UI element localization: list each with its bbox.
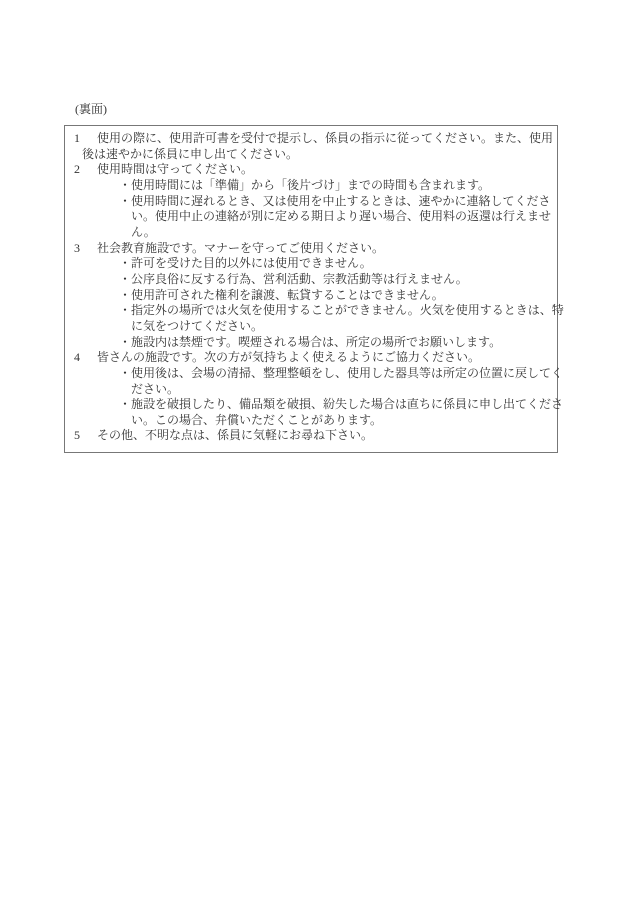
rule-text: 社会教育施設です。マナーを守ってご使用ください。 — [97, 241, 384, 255]
rule-number: 3 — [74, 241, 97, 257]
bullet-text: 公序良俗に反する行為、営利活動、宗教活動等は行えません。 — [131, 272, 468, 286]
bullet-continuation: に気をつけてください。 — [74, 319, 553, 335]
bullet-line: ・公序良俗に反する行為、営利活動、宗教活動等は行えません。 — [74, 272, 553, 288]
bullet-icon: ・ — [119, 303, 131, 317]
rule-text: その他、不明な点は、係員に気軽にお尋ね下さい。 — [97, 428, 373, 442]
bullet-line: ・使用許可された権利を譲渡、転貸することはできません。 — [74, 288, 553, 304]
bullet-line: ・許可を受けた目的以外には使用できません。 — [74, 256, 553, 272]
bullet-line: ・施設内は禁煙です。喫煙される場合は、所定の場所でお願いします。 — [74, 335, 553, 351]
bullet-line: ・使用時間に遅れるとき、又は使用を中止するときは、速やかに連絡してくださ — [74, 194, 553, 210]
rule-number: 4 — [74, 350, 97, 366]
bullet-line: ・施設を破損したり、備品類を破損、紛失した場合は直ちに係員に申し出てくださ — [74, 397, 553, 413]
rule-item-line: 2使用時間は守ってください。 — [74, 162, 553, 178]
rule-number: 2 — [74, 162, 97, 178]
bullet-icon: ・ — [119, 194, 131, 208]
bullet-text: 使用時間に遅れるとき、又は使用を中止するときは、速やかに連絡してくださ — [131, 194, 551, 208]
bullet-text: 使用時間には「準備」から「後片づけ」までの時間も含まれます。 — [131, 178, 490, 192]
bullet-text: 指定外の場所では火気を使用することができません。火気を使用するときは、特 — [131, 303, 564, 317]
bullet-icon: ・ — [119, 178, 131, 192]
rules-box: 1使用の際に、使用許可書を受付で提示し、係員の指示に従ってください。また、使用後… — [64, 125, 558, 453]
rule-item-line: 4皆さんの施設です。次の方が気持ちよく使えるようにご協力ください。 — [74, 350, 553, 366]
bullet-icon: ・ — [119, 272, 131, 286]
bullet-icon: ・ — [119, 256, 131, 270]
bullet-text: 使用後は、会場の清掃、整理整頓をし、使用した器具等は所定の位置に戻してく — [131, 366, 563, 380]
bullet-icon: ・ — [119, 397, 131, 411]
bullet-icon: ・ — [119, 288, 131, 302]
bullet-icon: ・ — [119, 366, 131, 380]
bullet-text: 施設内は禁煙です。喫煙される場合は、所定の場所でお願いします。 — [131, 335, 501, 349]
bullet-text: 許可を受けた目的以外には使用できません。 — [131, 256, 372, 270]
rule-item-line: 5その他、不明な点は、係員に気軽にお尋ね下さい。 — [74, 428, 553, 444]
bullet-line: ・使用時間には「準備」から「後片づけ」までの時間も含まれます。 — [74, 178, 553, 194]
rule-number: 1 — [74, 131, 97, 147]
bullet-icon: ・ — [119, 335, 131, 349]
rule-item-line: 3社会教育施設です。マナーを守ってご使用ください。 — [74, 241, 553, 257]
bullet-continuation: ん。 — [74, 225, 553, 241]
rule-item-continuation: 後は速やかに係員に申し出てください。 — [74, 147, 553, 163]
bullet-continuation: い。この場合、弁償いただくことがあります。 — [74, 413, 553, 429]
rule-item-line: 1使用の際に、使用許可書を受付で提示し、係員の指示に従ってください。また、使用 — [74, 131, 553, 147]
bullet-line: ・使用後は、会場の清掃、整理整頓をし、使用した器具等は所定の位置に戻してく — [74, 366, 553, 382]
bullet-text: 使用許可された権利を譲渡、転貸することはできません。 — [131, 288, 444, 302]
rule-number: 5 — [74, 428, 97, 444]
rule-text: 使用時間は守ってください。 — [97, 162, 253, 176]
bullet-text: 施設を破損したり、備品類を破損、紛失した場合は直ちに係員に申し出てくださ — [131, 397, 563, 411]
bullet-line: ・指定外の場所では火気を使用することができません。火気を使用するときは、特 — [74, 303, 553, 319]
bullet-continuation: い。使用中止の連絡が別に定める期日より遅い場合、使用料の返還は行えませ — [74, 209, 553, 225]
bullet-continuation: ださい。 — [74, 382, 553, 398]
document-page: { "page": { "side_label": "(裏面)" }, "bul… — [0, 0, 630, 915]
rule-text: 使用の際に、使用許可書を受付で提示し、係員の指示に従ってください。また、使用 — [97, 131, 553, 145]
page-side-label: (裏面) — [75, 101, 107, 117]
rule-text: 皆さんの施設です。次の方が気持ちよく使えるようにご協力ください。 — [97, 350, 480, 364]
